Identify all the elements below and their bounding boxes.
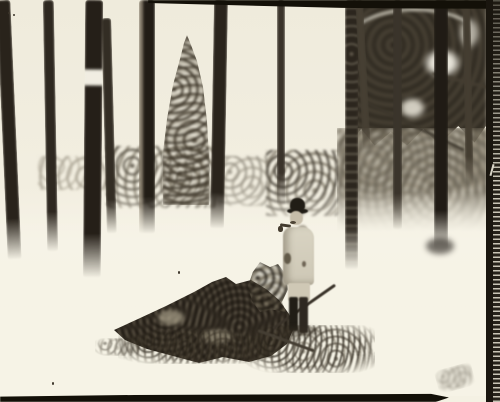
pipe-bowl bbox=[278, 226, 283, 232]
print-speck bbox=[178, 271, 180, 274]
print-speck bbox=[52, 382, 54, 385]
tree-trunk bbox=[277, 0, 285, 206]
trampled-snow bbox=[95, 338, 145, 356]
film-edge-stripes bbox=[493, 0, 500, 402]
trunk-shadow bbox=[426, 238, 454, 254]
tree-trunk bbox=[139, 0, 155, 234]
foot-shadow bbox=[279, 327, 319, 336]
tree-trunk bbox=[393, 0, 402, 230]
bowler-hat-crown bbox=[290, 198, 305, 210]
mustache bbox=[290, 221, 296, 224]
print-speck bbox=[8, 12, 10, 14]
tree-trunk bbox=[345, 0, 358, 270]
hand bbox=[284, 253, 291, 264]
print-speck bbox=[13, 14, 15, 16]
tree-trunk bbox=[83, 0, 103, 278]
man bbox=[273, 197, 321, 337]
photograph bbox=[0, 0, 500, 402]
boot-left bbox=[289, 297, 298, 331]
tree-trunk bbox=[434, 0, 448, 250]
jacket-fleck bbox=[302, 261, 306, 267]
snow-patch bbox=[158, 310, 184, 325]
